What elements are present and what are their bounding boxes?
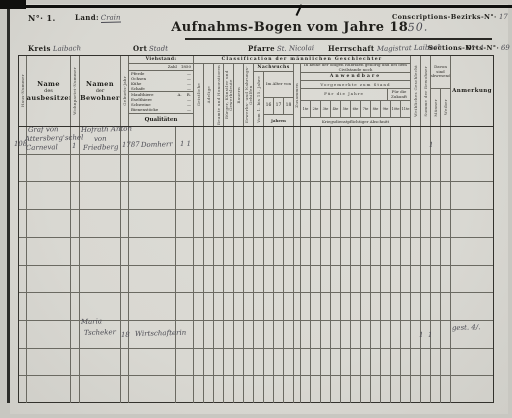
body-cell xyxy=(294,238,301,265)
entry2-summe-mark: 1 xyxy=(428,331,432,339)
body-cell xyxy=(431,238,441,265)
body-cell xyxy=(214,376,224,403)
body-cell xyxy=(234,155,244,182)
body-cell xyxy=(301,293,311,320)
pfarre-value-handwritten: St. Nicolai xyxy=(277,44,314,53)
body-cell xyxy=(244,321,254,348)
body-cell xyxy=(274,321,284,348)
viehstand-animal: Schweine xyxy=(131,103,151,107)
body-cell xyxy=(284,155,294,182)
body-cell xyxy=(234,210,244,237)
body-cell xyxy=(351,238,361,265)
body-cell xyxy=(311,182,321,209)
nachwuchs-group: Nachwuchs Vom 1. bis 15. Jahre Im Alter … xyxy=(254,64,294,126)
body-cell xyxy=(121,155,129,182)
body-cell xyxy=(371,182,381,209)
viehstand-title: Viehstand: xyxy=(129,56,193,64)
body-cell xyxy=(194,238,204,265)
body-cell xyxy=(264,155,274,182)
body-cell xyxy=(371,155,381,182)
body-cell xyxy=(224,182,234,209)
body-cell xyxy=(451,293,493,320)
body-cell xyxy=(351,182,361,209)
body-cell xyxy=(391,182,401,209)
nachwuchs-title: Nachwuchs xyxy=(254,64,293,72)
orts-nr-value-handwritten: 69 xyxy=(501,44,510,52)
body-cell xyxy=(254,321,264,348)
body-cell xyxy=(321,293,331,320)
body-cell xyxy=(71,321,80,348)
form-title: Aufnahms-Bogen vom Jahre 1850. xyxy=(150,20,450,35)
form-number: N°· 1. xyxy=(28,13,56,23)
body-cell xyxy=(301,210,311,237)
table-row xyxy=(19,238,493,266)
zusammen-label: Zusammen xyxy=(295,83,299,108)
class-label: Beamte und Honoratioren xyxy=(217,65,221,125)
body-cell xyxy=(294,349,301,376)
viehstand-lower-box: MaulthiereA.R. Eselthiere— Schweine— Bie… xyxy=(129,91,193,112)
year-cell: 2te xyxy=(311,101,321,117)
body-cell xyxy=(176,376,194,403)
body-cell xyxy=(254,210,264,237)
body-cell xyxy=(381,238,391,265)
body-cell xyxy=(421,266,431,293)
body-cell xyxy=(254,349,264,376)
body-cell xyxy=(27,349,71,376)
ort-label: Ort xyxy=(133,44,147,53)
body-cell xyxy=(391,376,401,403)
body-cell xyxy=(451,238,493,265)
body-cell xyxy=(401,266,411,293)
age-17: 17 xyxy=(274,98,284,114)
body-cell xyxy=(244,238,254,265)
body-cell xyxy=(371,127,381,154)
body-cell xyxy=(244,210,254,237)
classification-title: Classification der männlichen Geschlecht… xyxy=(194,56,410,64)
body-cell xyxy=(204,293,214,320)
body-cell xyxy=(451,349,493,376)
body-cell xyxy=(264,376,274,403)
dash: — xyxy=(187,72,191,76)
viehstand-sub-a: A. xyxy=(178,93,182,97)
body-cell xyxy=(411,293,421,320)
fuer-die-zukunft: Für die Zukunft xyxy=(388,89,410,100)
form-title-printed: Aufnahms-Bogen vom Jahre 18 xyxy=(171,20,408,35)
body-cell xyxy=(381,293,391,320)
body-cell xyxy=(361,155,371,182)
class-label: Erwerbs- und Nahrungs-Gehilfen xyxy=(245,64,253,126)
body-cell xyxy=(341,238,351,265)
body-cell xyxy=(361,210,371,237)
body-cell xyxy=(401,127,411,154)
body-cell xyxy=(361,376,371,403)
table-row xyxy=(19,210,493,238)
body-cell xyxy=(214,127,224,154)
body-cell xyxy=(294,182,301,209)
body-cell xyxy=(264,238,274,265)
body-cell xyxy=(129,266,176,293)
entry1-summe-mark: 1 xyxy=(429,141,433,149)
table-row xyxy=(19,266,493,294)
body-cell xyxy=(401,293,411,320)
body-cell xyxy=(421,376,431,403)
entry2-anmerkung: gest. 4/. xyxy=(452,324,481,332)
viehstand-col-zahl: Zahl xyxy=(168,65,177,69)
body-cell xyxy=(311,210,321,237)
body-cell xyxy=(244,376,254,403)
body-cell xyxy=(341,182,351,209)
body-cell xyxy=(204,321,214,348)
body-cell xyxy=(311,238,321,265)
viehstand-animal: Ochsen xyxy=(131,77,146,81)
body-cell xyxy=(311,321,321,348)
body-cell xyxy=(274,182,284,209)
viehstand-col-1850: 1850 xyxy=(181,65,191,69)
body-cell xyxy=(351,349,361,376)
body-cell xyxy=(234,127,244,154)
body-cell xyxy=(411,266,421,293)
body-cell xyxy=(224,349,234,376)
body-cell xyxy=(441,155,451,182)
body-cell xyxy=(254,155,264,182)
body-cell xyxy=(451,266,493,293)
body-cell xyxy=(274,349,284,376)
body-cell xyxy=(441,210,451,237)
body-cell xyxy=(27,238,71,265)
abwesend-weiber-label: Weiber xyxy=(444,99,448,115)
year-cells-row: 1te2te3te4te5te6te7te8te9te10te11te xyxy=(301,101,410,118)
class-col-beamte: Beamte und Honoratioren xyxy=(214,64,224,126)
body-cell xyxy=(27,210,71,237)
body-cell xyxy=(194,293,204,320)
body-cell xyxy=(264,127,274,154)
body-cell xyxy=(294,155,301,182)
body-cell xyxy=(371,349,381,376)
body-cell xyxy=(254,266,264,293)
body-cell xyxy=(80,376,121,403)
nachwuchs-mid-label: Im Alter von xyxy=(264,72,293,97)
entry2-qualitaet: Wirtschafterin xyxy=(135,330,186,338)
land-field: Land: Crain xyxy=(75,13,121,23)
summe-label: Summe der Bewohner xyxy=(424,66,428,117)
body-cell xyxy=(321,376,331,403)
entry1-marks: 1 1 xyxy=(180,140,191,148)
herrschaft-field: Herrschaft Magistrat Laibach xyxy=(328,44,442,53)
body-cell xyxy=(391,155,401,182)
body-cell xyxy=(214,155,224,182)
body-cell xyxy=(294,210,301,237)
body-cell xyxy=(361,349,371,376)
body-cell xyxy=(194,127,204,154)
fuer-die-jahre: Für die Jahre xyxy=(301,89,388,100)
kreis-label: Kreis xyxy=(28,44,51,53)
body-cell xyxy=(284,321,294,348)
orts-nr-label: Orts-N°· xyxy=(466,44,499,52)
body-cell xyxy=(284,293,294,320)
body-cell xyxy=(27,376,71,403)
body-cell xyxy=(194,321,204,348)
body-cell xyxy=(391,210,401,237)
body-cell xyxy=(264,349,274,376)
body-cell xyxy=(214,266,224,293)
viehstand-sub-r: R. xyxy=(187,93,191,97)
body-cell xyxy=(321,127,331,154)
body-cell xyxy=(19,321,27,348)
ort-field: Ort Stadt xyxy=(133,44,169,53)
body-cell xyxy=(176,238,194,265)
year-cell: 1te xyxy=(301,101,311,117)
body-cell xyxy=(129,349,176,376)
body-cell xyxy=(351,127,361,154)
body-cell xyxy=(264,266,274,293)
bewohner-line3: Bewohner xyxy=(80,94,120,102)
body-cell xyxy=(254,376,264,403)
body-cell xyxy=(431,349,441,376)
body-cell xyxy=(311,376,321,403)
viehstand-row: Bienenstöcke— xyxy=(129,107,193,112)
body-cell xyxy=(204,182,214,209)
anmerkung-label: Anmerkung xyxy=(452,88,492,94)
body-cell xyxy=(371,210,381,237)
body-cell xyxy=(311,155,321,182)
body-cell xyxy=(204,349,214,376)
body-cell xyxy=(274,293,284,320)
body-cell xyxy=(321,266,331,293)
col-header-wohnpartei-nummer: Wohnpartei-Nummer xyxy=(71,56,80,126)
body-cell xyxy=(311,293,321,320)
body-cell xyxy=(401,182,411,209)
body-cell xyxy=(341,210,351,237)
body-cell xyxy=(331,376,341,403)
body-cell xyxy=(331,349,341,376)
abwesend-weiber-col: Weiber xyxy=(441,89,450,126)
census-table: Haus-Nummer Name des Hausbesitzers Wohnp… xyxy=(18,55,494,403)
body-cell xyxy=(224,127,234,154)
body-cell xyxy=(80,349,121,376)
body-cell xyxy=(19,266,27,293)
body-cell xyxy=(214,210,224,237)
col-header-weiblich: Weibliches Geschlecht xyxy=(411,56,421,126)
body-cell xyxy=(19,210,27,237)
body-cell xyxy=(381,155,391,182)
body-cell xyxy=(71,266,80,293)
wohnpartei-label: Wohnpartei-Nummer xyxy=(73,67,77,115)
body-cell xyxy=(381,210,391,237)
body-cell xyxy=(204,127,214,154)
body-cell xyxy=(361,182,371,209)
body-cell xyxy=(214,293,224,320)
scanned-census-form-page: { "page_header": { "nro": "N\u00b0\u00b7… xyxy=(0,0,512,418)
body-cell xyxy=(194,376,204,403)
body-cell xyxy=(341,266,351,293)
abwesend-maenner-label: Männer xyxy=(434,99,438,117)
body-cell xyxy=(244,293,254,320)
body-cell xyxy=(431,182,441,209)
col-header-haus-nummer: Haus-Nummer xyxy=(19,56,27,126)
body-cell xyxy=(431,376,441,403)
body-cell xyxy=(214,238,224,265)
body-cell xyxy=(411,238,421,265)
body-cell xyxy=(234,238,244,265)
geburtsjahr-label: Geburts-Jahr xyxy=(123,76,127,106)
body-cell xyxy=(391,293,401,320)
col-header-bewohner: Namen der Bewohner xyxy=(80,56,121,126)
body-cell xyxy=(121,376,129,403)
body-cell xyxy=(224,293,234,320)
class-col-bauern: Bauern xyxy=(234,64,244,126)
body-cell xyxy=(284,349,294,376)
body-cell xyxy=(401,155,411,182)
body-cell xyxy=(451,210,493,237)
body-cell xyxy=(311,266,321,293)
conscription-value-handwritten: 17 xyxy=(499,13,508,21)
body-cell xyxy=(321,210,331,237)
body-cell xyxy=(361,238,371,265)
body-cell xyxy=(301,266,311,293)
body-cell xyxy=(121,293,129,320)
scan-edge-corner-blob xyxy=(0,0,26,9)
pfarre-label: Pfarre xyxy=(248,44,275,53)
body-cell xyxy=(381,376,391,403)
body-cell xyxy=(224,238,234,265)
table-header: Haus-Nummer Name des Hausbesitzers Wohnp… xyxy=(19,56,493,127)
body-cell xyxy=(421,210,431,237)
body-cell xyxy=(27,293,71,320)
body-cell xyxy=(294,321,301,348)
body-cell xyxy=(80,210,121,237)
dash: — xyxy=(187,98,191,102)
body-cell xyxy=(19,238,27,265)
year-cell: 11te xyxy=(401,101,410,117)
body-cell xyxy=(176,182,194,209)
body-cell xyxy=(274,127,284,154)
class-col-geistliche: Geistliche xyxy=(194,64,204,126)
body-cell xyxy=(401,321,411,348)
body-cell xyxy=(381,182,391,209)
body-cell xyxy=(401,376,411,403)
class-col-buerger: Bürger, Künstler und Gewerbsleute xyxy=(224,64,234,126)
dash: — xyxy=(187,77,191,81)
group-anwendbare: Anwendbare xyxy=(301,73,410,81)
viehstand-animal: Bienenstöcke xyxy=(131,108,158,112)
year-cell: 3te xyxy=(321,101,331,117)
body-cell xyxy=(331,266,341,293)
body-cell xyxy=(27,155,71,182)
table-body xyxy=(19,127,493,403)
body-cell xyxy=(431,155,441,182)
body-cell xyxy=(301,127,311,154)
viehstand-animal: Pferde xyxy=(131,72,144,76)
col-header-summe: Summe der Bewohner xyxy=(421,56,431,126)
kriegsdienst-footer: Kriegsdienstpflichtiger Abschnitt xyxy=(301,118,410,126)
nachwuchs-side-label: Vom 1. bis 15. Jahre xyxy=(257,76,261,123)
body-cell xyxy=(361,293,371,320)
body-cell xyxy=(431,321,441,348)
body-cell xyxy=(71,210,80,237)
qualitaeten-label: Qualitäten xyxy=(129,114,193,126)
orts-nr-field: Orts-N°· 69 xyxy=(466,44,510,52)
body-cell xyxy=(421,155,431,182)
col-header-haus-nummer-label: Haus-Nummer xyxy=(21,74,25,107)
body-cell xyxy=(204,210,214,237)
col-header-geburtsjahr: Geburts-Jahr xyxy=(121,56,129,126)
body-cell xyxy=(244,155,254,182)
body-cell xyxy=(451,127,493,154)
land-value-handwritten: Crain xyxy=(101,13,121,23)
body-cell xyxy=(351,321,361,348)
body-cell xyxy=(411,155,421,182)
body-cell xyxy=(381,266,391,293)
entry2-bewohner-line2: Tscheker xyxy=(84,329,116,337)
body-cell xyxy=(234,182,244,209)
body-cell xyxy=(264,321,274,348)
body-cell xyxy=(129,376,176,403)
body-cell xyxy=(391,127,401,154)
body-cell xyxy=(301,182,311,209)
body-cell xyxy=(176,210,194,237)
dash: — xyxy=(187,103,191,107)
body-cell xyxy=(71,182,80,209)
body-cell xyxy=(27,266,71,293)
class-col-adelige: Adelige xyxy=(204,64,214,126)
year-cell: 7te xyxy=(361,101,371,117)
body-cell xyxy=(301,321,311,348)
year-cell: 10te xyxy=(391,101,401,117)
body-cell xyxy=(441,321,451,348)
body-cell xyxy=(204,266,214,293)
body-cell xyxy=(80,182,121,209)
body-cell xyxy=(264,210,274,237)
body-cell xyxy=(80,266,121,293)
body-cell xyxy=(194,349,204,376)
col-header-hausbesitzer: Name des Hausbesitzers xyxy=(27,56,71,126)
body-cell xyxy=(274,376,284,403)
body-cell xyxy=(19,293,27,320)
body-cell xyxy=(391,321,401,348)
body-cell xyxy=(421,238,431,265)
body-cell xyxy=(331,293,341,320)
body-cell xyxy=(381,349,391,376)
body-cell xyxy=(274,155,284,182)
body-cell xyxy=(441,127,451,154)
dash: — xyxy=(187,108,191,112)
body-cell xyxy=(71,155,80,182)
body-cell xyxy=(254,293,264,320)
body-cell xyxy=(331,127,341,154)
year-cell: 8te xyxy=(371,101,381,117)
body-cell xyxy=(294,376,301,403)
body-cell xyxy=(284,376,294,403)
body-cell xyxy=(274,210,284,237)
body-cell xyxy=(451,155,493,182)
body-cell xyxy=(234,293,244,320)
body-cell xyxy=(371,293,381,320)
body-cell xyxy=(321,182,331,209)
body-cell xyxy=(121,238,129,265)
body-cell xyxy=(129,293,176,320)
year-cell: 9te xyxy=(381,101,391,117)
body-cell xyxy=(441,266,451,293)
body-cell xyxy=(371,321,381,348)
body-cell xyxy=(371,238,381,265)
body-cell xyxy=(411,376,421,403)
body-cell xyxy=(321,349,331,376)
land-label: Land: xyxy=(75,13,99,22)
body-cell xyxy=(441,238,451,265)
body-cell xyxy=(311,349,321,376)
body-cell xyxy=(401,210,411,237)
body-cell xyxy=(71,349,80,376)
